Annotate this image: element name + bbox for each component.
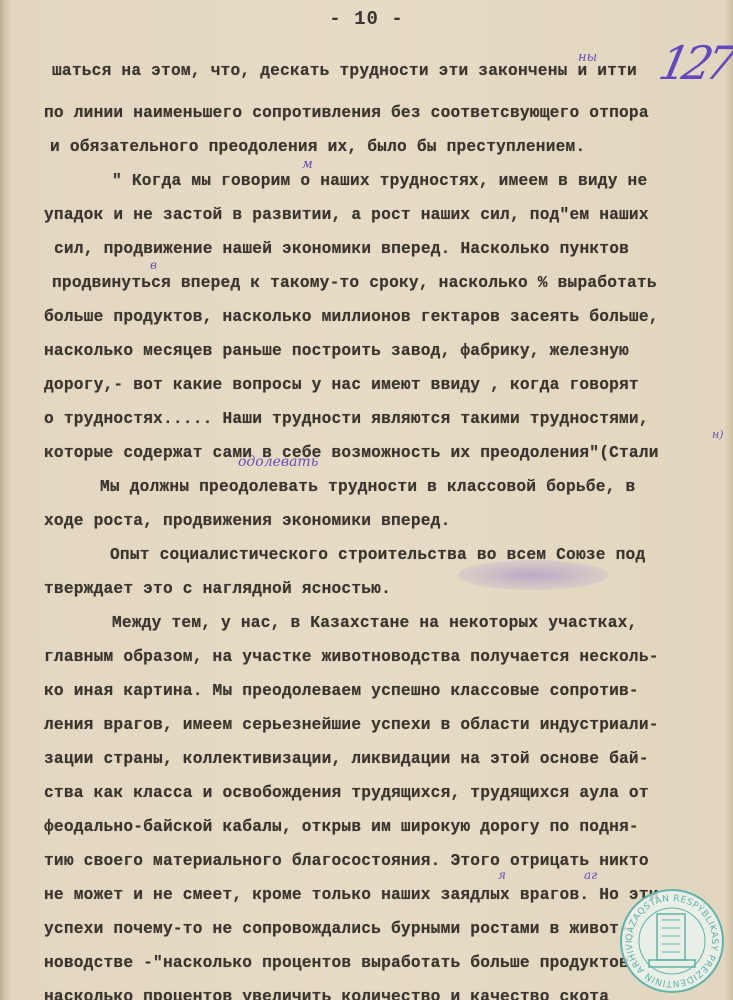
handwritten-correction: ны	[578, 50, 597, 65]
text-line-26: успехи почему-то не сопровождались бурны…	[44, 920, 629, 938]
text-line-21: зации страны, коллективизации, ликвидаци…	[44, 750, 649, 768]
text-line-1: шаться на этом, что, дескать трудности э…	[52, 62, 637, 80]
handwritten-correction: м	[302, 157, 313, 172]
text-line-14: ходе роста, продвижения экономики вперед…	[44, 512, 450, 530]
handwritten-correction: одолевать	[238, 454, 318, 470]
handwritten-correction: н)	[712, 428, 724, 441]
text-line-8: больше продуктов, насколько миллионов ге…	[44, 308, 659, 326]
text-line-5: упадок и не застой в развитии, а рост на…	[44, 206, 649, 224]
document-page: - 10 - 127 шаться на этом, что, дескать …	[0, 0, 733, 1000]
archive-stamp-icon: QAZAQSTAN RESPÝBLIKASY PREZIDENTINIŃ ARH…	[619, 888, 725, 994]
text-line-3: и обязательного преодоления их, было бы …	[50, 138, 585, 156]
text-line-7: продвинуться вперед к такому-то сроку, н…	[52, 274, 657, 292]
text-line-11: о трудностях..... Наши трудности являютс…	[44, 410, 649, 428]
text-line-24: тию своего материального благосостояния.…	[44, 852, 649, 870]
text-line-4: " Когда мы говорим о наших трудностях, и…	[112, 172, 647, 190]
text-line-12: которые содержат сами в себе возможность…	[44, 444, 659, 462]
text-line-6: сил, продвижение нашей экономики вперед.…	[54, 240, 629, 258]
text-line-28: насколько процентов увеличить количество…	[44, 988, 609, 1000]
handwritten-correction: в	[150, 258, 157, 272]
text-line-13: Мы должны преодолевать трудности в класс…	[100, 478, 635, 496]
page-edge	[725, 0, 733, 1000]
text-line-2: по линии наименьшего сопротивления без с…	[44, 104, 649, 122]
handwritten-correction: аг	[584, 868, 597, 882]
text-line-17: Между тем, у нас, в Казахстане на некото…	[112, 614, 637, 632]
text-line-16: тверждает это с наглядной ясностью.	[44, 580, 391, 598]
text-line-25: не может и не смеет, кроме только наших …	[44, 886, 659, 904]
text-line-20: ления врагов, имеем серьезнейшие успехи …	[44, 716, 659, 734]
text-line-10: дорогу,- вот какие вопросы у нас имеют в…	[44, 376, 639, 394]
text-line-9: насколько месяцев раньше построить завод…	[44, 342, 629, 360]
text-line-22: ства как класса и освобождения трудящихс…	[44, 784, 649, 802]
page-number: - 10 -	[0, 8, 733, 30]
text-line-19: ко иная картина. Мы преодолеваем успешно…	[44, 682, 639, 700]
text-line-27: новодстве -"насколько процентов выработа…	[44, 954, 629, 972]
archive-sheet-number: 127	[654, 36, 733, 90]
pencil-smudge	[458, 560, 608, 590]
text-line-23: феодально-байской кабалы, открыв им широ…	[44, 818, 639, 836]
text-line-18: главным образом, на участке животноводст…	[44, 648, 659, 666]
handwritten-correction: я	[498, 868, 506, 882]
